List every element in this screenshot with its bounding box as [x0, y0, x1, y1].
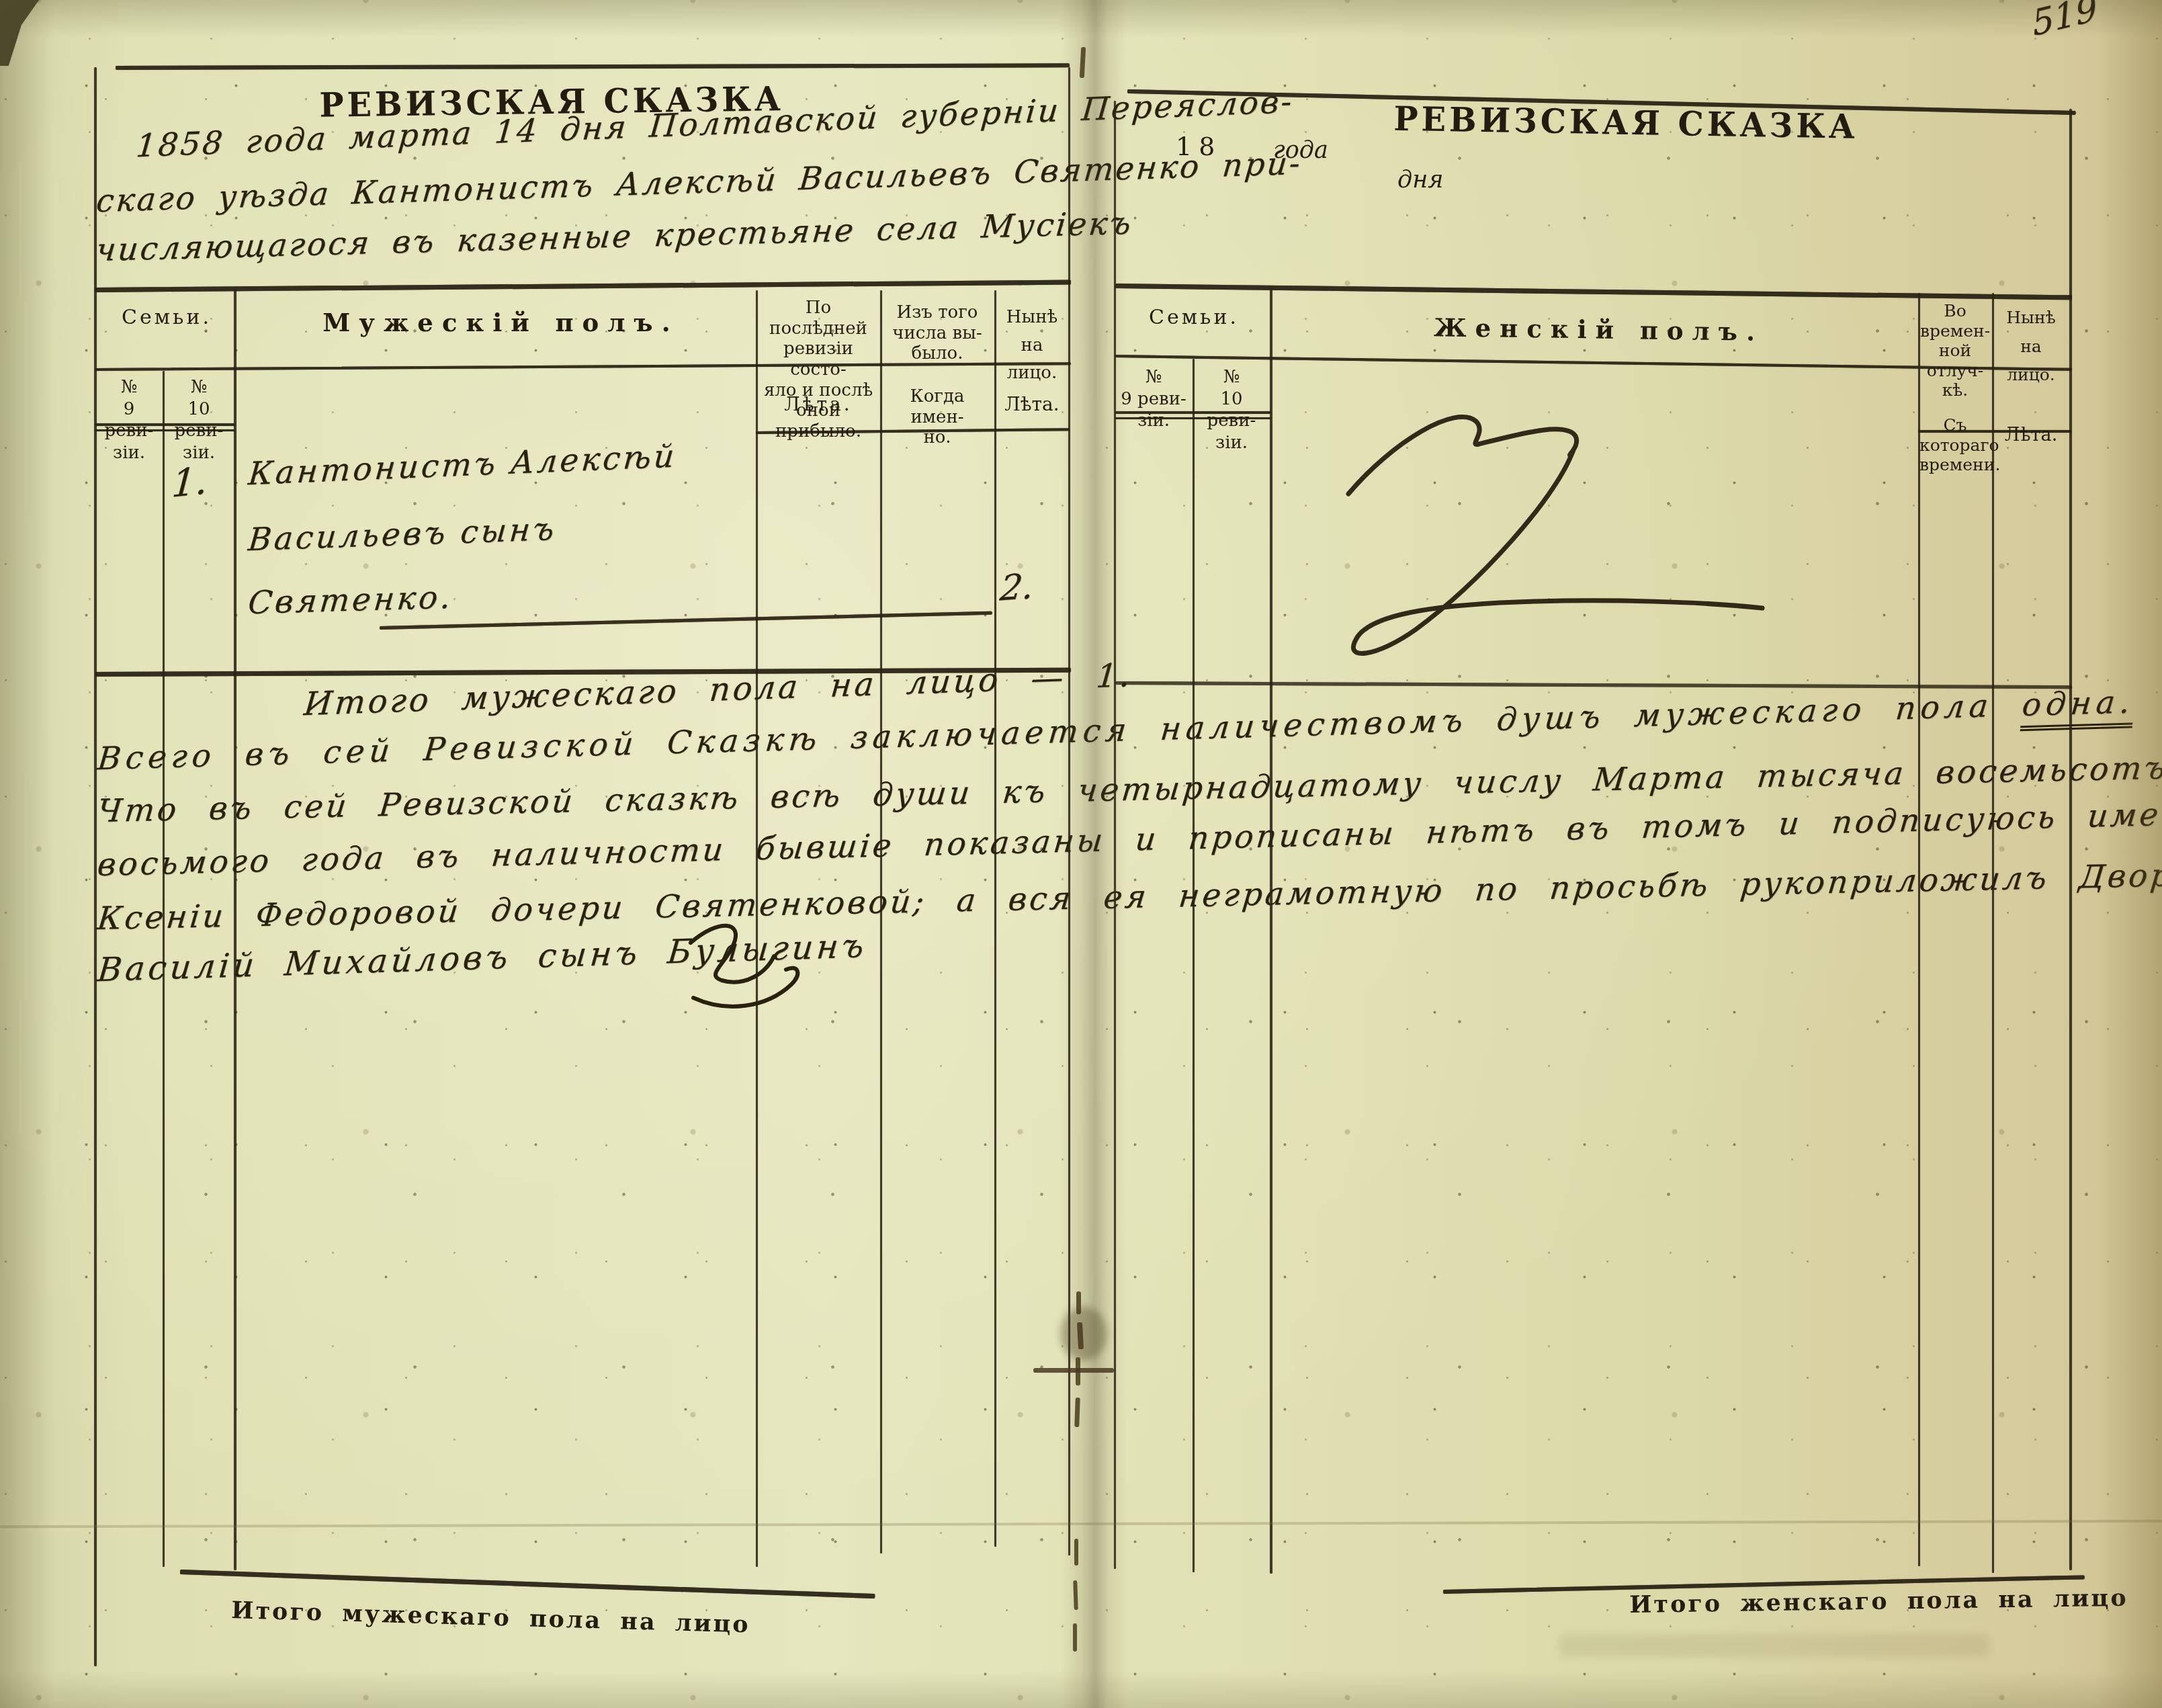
binding-stitch	[1073, 1623, 1077, 1652]
left-page-left-border	[94, 67, 97, 1666]
binding-ink-smudge	[1060, 1307, 1107, 1361]
right-subheader-since: Съ котораго времени.	[1919, 415, 1991, 475]
left-footer-label: Итого мужескаго пола на лицо	[231, 1596, 750, 1639]
right-table-entry-bottom-rule	[1115, 681, 2072, 689]
right-col-header-family: Семьи.	[1121, 306, 1267, 329]
z-flourish-mark	[1313, 393, 1811, 682]
left-col-header-present: Нынѣ на лицо.	[996, 304, 1068, 388]
binding-stitch	[1080, 47, 1086, 78]
right-subheader-age: Лѣта.	[1993, 425, 2069, 446]
entry-name-line1: Кантонистъ Алексѣй	[247, 437, 679, 493]
left-col-line-when	[880, 290, 882, 1553]
right-day-word: дня	[1397, 167, 1443, 194]
right-col-header-present: Нынѣ на лицо.	[1993, 304, 2069, 390]
right-col-header-sex: Женскій полъ.	[1283, 310, 1915, 349]
binding-stitch	[1074, 1539, 1078, 1566]
right-page-left-border	[1114, 101, 1116, 1569]
left-col-header-family: Семьи.	[101, 306, 232, 329]
page-number: 519	[2030, 0, 2100, 44]
left-table-top-rule	[95, 280, 1071, 292]
entry-leader-dash	[380, 611, 992, 630]
right-col-line-present	[1992, 293, 1994, 1573]
right-col-header-absence: Во времен- ной отлуч- кѣ.	[1919, 301, 1991, 400]
left-page-top-border	[116, 63, 1070, 70]
entry-age-present: 2.	[998, 566, 1036, 609]
left-footer-rule	[180, 1570, 875, 1598]
entry-row-number: 1.	[170, 458, 209, 506]
right-table-top-rule	[1115, 284, 2072, 300]
signature-flourish	[679, 917, 826, 1025]
right-col-line-absence	[1918, 293, 1920, 1566]
summary-line2-underlined: одна.	[2020, 683, 2136, 731]
right-footer-label: Итого женскаго пола на лицо	[1629, 1584, 2128, 1619]
left-subheader-when: Когда имен- но.	[881, 386, 993, 448]
corner-ink-mark	[0, 0, 39, 66]
revision-list-scan: 519 РЕВИЗСКАЯ СКАЗКА 1858 года марта 14 …	[0, 0, 2162, 1708]
right-year-prefix: 18	[1176, 132, 1221, 161]
right-page-right-border	[2069, 109, 2072, 1570]
right-col-line-rev10	[1270, 289, 1272, 1574]
right-col-line-rev9	[1193, 359, 1195, 1572]
footer-bleedthrough-smudge	[1559, 1634, 1989, 1657]
left-subheader-rev9: № 9 реви- зіи.	[97, 376, 161, 464]
right-subheader-rev10: № 10 реви- зіи.	[1195, 366, 1268, 454]
entry-name-line3: Святенко.	[247, 579, 455, 622]
entry-name-line2: Васильевъ сынъ	[247, 511, 558, 558]
left-col-header-departed: Изъ того числа вы- было.	[881, 302, 993, 364]
left-subheader-age-last: Лѣта.	[757, 393, 879, 415]
binding-stitch	[1074, 1398, 1080, 1427]
right-subheader-rev9: № 9 реви- зіи.	[1117, 366, 1191, 432]
right-year-word: года	[1273, 137, 1328, 164]
left-col-header-sex: Мужескій полъ.	[247, 308, 754, 337]
left-subheader-age-now: Лѣта.	[996, 393, 1068, 415]
binding-thread-horizontal	[1033, 1368, 1114, 1373]
summary-total-line: Итого мужескаго пола на лицо — 1.	[302, 656, 1134, 723]
left-subheader-rev10: № 10 реви- зіи.	[165, 376, 232, 464]
binding-stitch	[1073, 1580, 1078, 1610]
left-col-header-last-revision: По послѣдней ревизіи состо- яло и послѣ …	[757, 298, 879, 442]
horizontal-crease	[0, 1520, 2162, 1528]
right-page-title: РЕВИЗСКАЯ СКАЗКА	[1393, 99, 1858, 146]
